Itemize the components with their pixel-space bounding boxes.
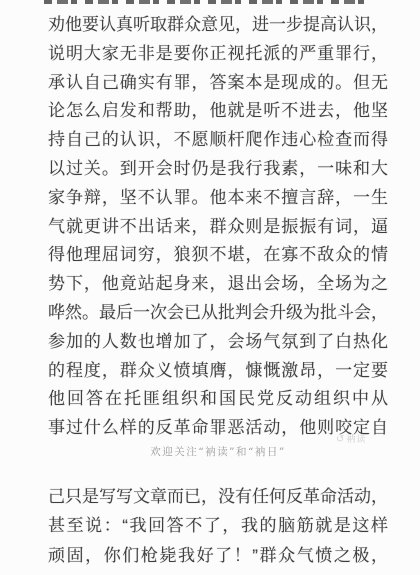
text-line: 势下，他竟站起身来，退出会场，全场为之: [48, 270, 388, 299]
body-text-page1: 劝他要认真听取群众意见，进一步提高认识， 说明大家无非是要你正视托派的严重罪行，…: [48, 11, 388, 443]
text-line: 己只是写写文章而已，没有任何反革命活动，: [48, 482, 388, 511]
text-line: 以过关。到开会时仍是我行我素，一味和大: [48, 155, 388, 184]
text-line: 的程度，群众义愤填膺，慷慨激昂，一定要: [48, 357, 388, 386]
clipped-text-line-fragment: [44, 0, 370, 4]
text-line: 说明大家无非是要你正视托派的严重罪行，: [48, 40, 388, 69]
text-line: 家争辩，坚不认罪。他本来不擅言辞，一生: [48, 184, 388, 213]
corner-watermark-label: 衲读: [346, 434, 366, 444]
text-line: 持自己的认识，不愿顺杆爬作违心检查而得: [48, 126, 388, 155]
body-text-page2: 己只是写写文章而已，没有任何反革命活动， 甚至说：“我回答不了，我的脑筋就是这样…: [48, 482, 388, 570]
text-line: 劝他要认真听取群众意见，进一步提高认识，: [48, 11, 388, 40]
text-line: 顽固，你们枪毙我好了！”群众气愤之极，: [48, 541, 388, 570]
text-line: 他回答在托匪组织和国民党反动组织中从: [48, 385, 388, 414]
text-line: 论怎么启发和帮助，他就是听不进去，他坚: [48, 97, 388, 126]
text-line: 气就更讲不出话来，群众则是振振有词，逼: [48, 213, 388, 242]
reader-page: 劝他要认真听取群众意见，进一步提高认识， 说明大家无非是要你正视托派的严重罪行，…: [0, 0, 420, 575]
footer-watermark: 欢迎关注“衲读”和“衲日”: [48, 444, 388, 459]
text-line: 哗然。最后一次会已从批判会升级为批斗会，: [48, 299, 388, 328]
text-line: 得他理屈词穷，狼狈不堪，在寡不敌众的情: [48, 241, 388, 270]
text-line: 甚至说：“我回答不了，我的脑筋就是这样: [48, 511, 388, 540]
text-line: 承认自己确实有罪，答案本是现成的。但无: [48, 69, 388, 98]
text-line: 参加的人数也增加了，会场气氛到了白热化: [48, 328, 388, 357]
